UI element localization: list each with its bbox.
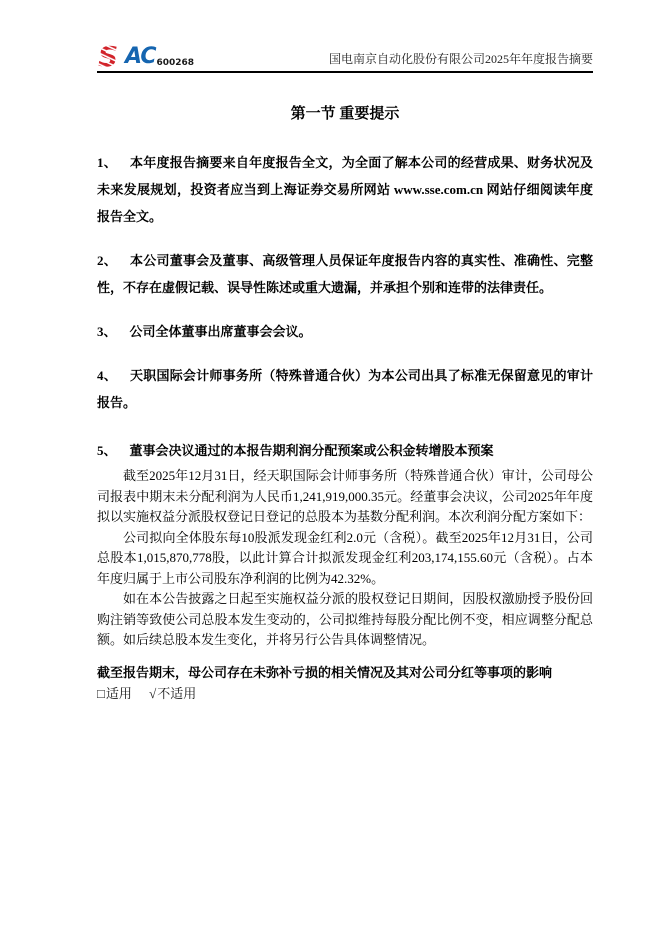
notice-number: 5、: [97, 443, 130, 458]
not-applicable-label: 不适用: [157, 686, 196, 701]
applicable-label: 适用: [106, 686, 132, 701]
notice-text: 董事会决议通过的本报告期利润分配预案或公积金转增股本预案: [130, 443, 494, 458]
notice-text: 本公司董事会及董事、高级管理人员保证年度报告内容的真实性、准确性、完整性，不存在…: [97, 253, 593, 295]
notice-text: 公司全体董事出席董事会会议。: [130, 324, 312, 339]
svg-text:S: S: [98, 42, 118, 69]
notice-number: 4、: [97, 368, 130, 383]
section-title: 第一节 重要提示: [97, 103, 593, 125]
notice-number: 3、: [97, 324, 130, 339]
check-mark-icon: √: [149, 686, 156, 701]
report-page: S AC 600268 国电南京自动化股份有限公司2025年年度报告摘要 第一节…: [0, 0, 662, 936]
header-doc-title: 国电南京自动化股份有限公司2025年年度报告摘要: [329, 51, 593, 69]
company-logo: S AC 600268: [97, 42, 194, 69]
notice-item-3: 3、公司全体董事出席董事会会议。: [97, 318, 593, 345]
sac-logo-ac-text: AC: [125, 45, 156, 69]
applicable-checkbox: □适用: [97, 686, 132, 701]
notice-item-5: 5、董事会决议通过的本报告期利润分配预案或公积金转增股本预案: [97, 437, 593, 464]
notice-item-4: 4、天职国际会计师事务所（特殊普通合伙）为本公司出具了标准无保留意见的审计报告。: [97, 362, 593, 416]
notice-number: 1、: [97, 155, 130, 170]
profit-distribution-section: 截至2025年12月31日，经天职国际会计师事务所（特殊普通合伙）审计，公司母公…: [97, 466, 593, 651]
notice-item-1: 1、本年度报告摘要来自年度报告全文，为全面了解本公司的经营成果、财务状况及未来发…: [97, 149, 593, 230]
empty-checkbox-icon: □: [97, 686, 105, 701]
notice-item-2: 2、本公司董事会及董事、高级管理人员保证年度报告内容的真实性、准确性、完整性，不…: [97, 247, 593, 301]
applicability-line: □适用 √不适用: [97, 684, 593, 704]
notice-text: 天职国际会计师事务所（特殊普通合伙）为本公司出具了标准无保留意见的审计报告。: [97, 368, 593, 410]
not-applicable-checkbox: √不适用: [149, 686, 196, 701]
profit-paragraph-1: 截至2025年12月31日，经天职国际会计师事务所（特殊普通合伙）审计，公司母公…: [97, 466, 593, 528]
page-header: S AC 600268 国电南京自动化股份有限公司2025年年度报告摘要: [97, 0, 593, 73]
stock-code: 600268: [157, 58, 195, 69]
notice-number: 2、: [97, 253, 130, 268]
profit-paragraph-3: 如在本公告披露之日起至实施权益分派的股权登记日期间，因股权激励授予股份回购注销等…: [97, 589, 593, 651]
notice-text: 本年度报告摘要来自年度报告全文，为全面了解本公司的经营成果、财务状况及未来发展规…: [97, 155, 593, 224]
profit-paragraph-2: 公司拟向全体股东每10股派发现金红利2.0元（含税）。截至2025年12月31日…: [97, 528, 593, 590]
loss-note-heading: 截至报告期末，母公司存在未弥补亏损的相关情况及其对公司分红等事项的影响: [97, 663, 593, 683]
